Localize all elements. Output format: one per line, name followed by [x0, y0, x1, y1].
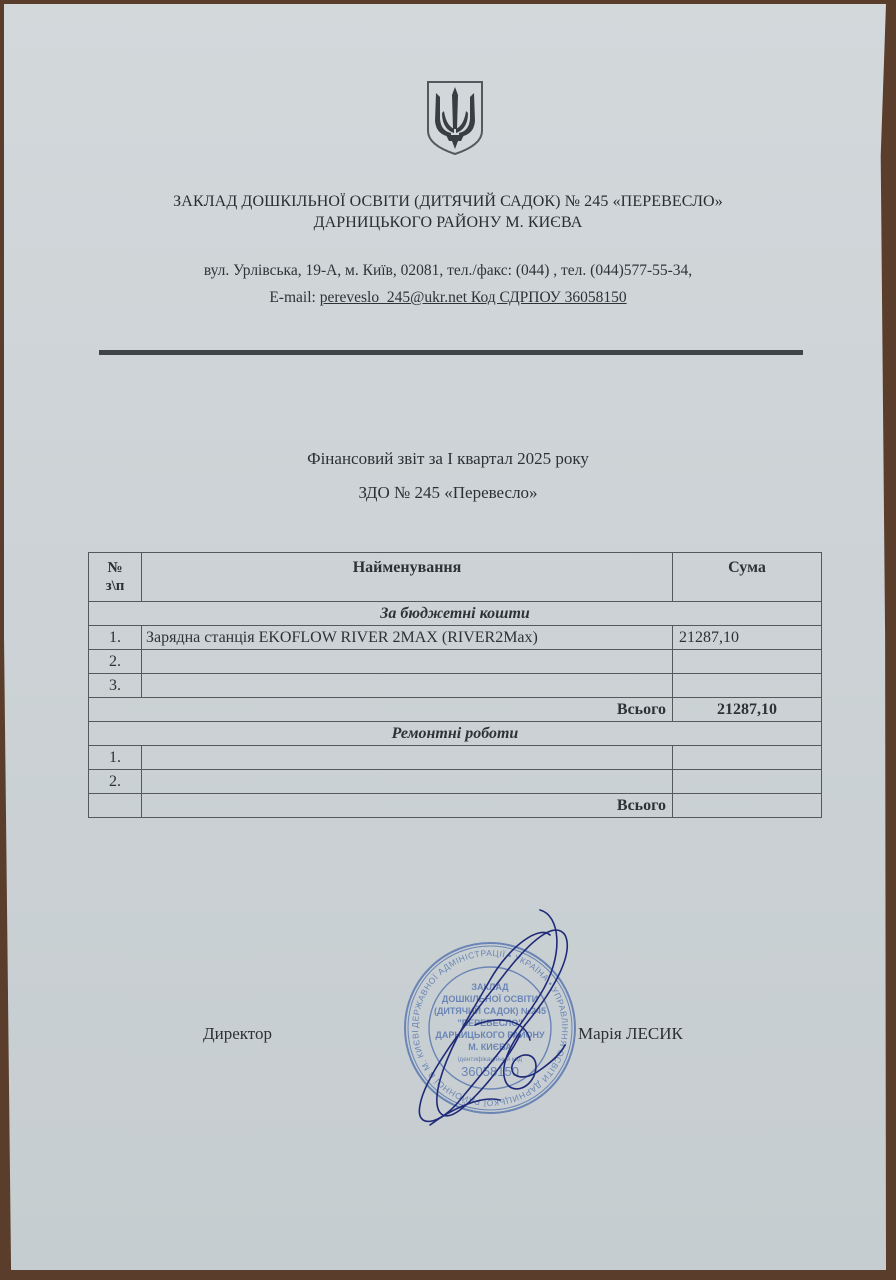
total-label: Всього [142, 794, 673, 818]
row-name [142, 746, 673, 770]
row-name [142, 650, 673, 674]
edrpou-code: Код СДРПОУ 36058150 [467, 289, 627, 306]
coat-of-arms-icon [424, 79, 486, 157]
table-row: 2. [89, 650, 822, 674]
table-row: 1. [89, 746, 822, 770]
header-number-line1: № [107, 560, 122, 576]
email-label: E-mail: [269, 289, 319, 306]
header-number-line2: з\п [106, 578, 125, 594]
row-number: 1. [89, 626, 142, 650]
row-sum [673, 674, 822, 698]
total-row: Всього 21287,10 [89, 698, 822, 722]
contact-line: E-mail: pereveslo_245@ukr.net Код СДРПОУ… [0, 289, 896, 307]
row-number: 3. [89, 674, 142, 698]
email-address[interactable]: pereveslo_245@ukr.net [320, 289, 467, 306]
total-number-cell [89, 794, 142, 818]
total-row: Всього [89, 794, 822, 818]
financial-report-table: № з\п Найменування Сума За бюджетні кошт… [88, 552, 822, 818]
row-sum [673, 770, 822, 794]
header-sum: Сума [673, 553, 822, 602]
table-header-row: № з\п Найменування Сума [89, 553, 822, 602]
row-name: Зарядна станція EKOFLOW RIVER 2MAX (RIVE… [142, 626, 673, 650]
header-number: № з\п [89, 553, 142, 602]
report-title: Фінансовий звіт за І квартал 2025 року [0, 449, 896, 469]
email-link[interactable]: pereveslo_245@ukr.net Код СДРПОУ 3605815… [320, 289, 627, 306]
row-name [142, 770, 673, 794]
row-name [142, 674, 673, 698]
organization-name-line2: ДАРНИЦЬКОГО РАЙОНУ М. КИЄВА [0, 214, 896, 232]
section-row: Ремонтні роботи [89, 722, 822, 746]
section-title: Ремонтні роботи [89, 722, 822, 746]
organization-name-line1: ЗАКЛАД ДОШКІЛЬНОЇ ОСВІТИ (ДИТЯЧИЙ САДОК)… [0, 193, 896, 211]
row-sum: 21287,10 [673, 626, 822, 650]
address-line: вул. Урлівська, 19-А, м. Київ, 02081, те… [0, 262, 896, 280]
handwritten-signature-icon [390, 895, 590, 1155]
signatory-name: Марія ЛЕСИК [578, 1024, 683, 1044]
row-number: 1. [89, 746, 142, 770]
total-label: Всього [89, 698, 673, 722]
table-row: 1. Зарядна станція EKOFLOW RIVER 2MAX (R… [89, 626, 822, 650]
signatory-role: Директор [203, 1024, 272, 1044]
row-number: 2. [89, 650, 142, 674]
row-sum [673, 746, 822, 770]
header-divider [99, 350, 803, 355]
header-name: Найменування [142, 553, 673, 602]
total-value: 21287,10 [673, 698, 822, 722]
row-sum [673, 650, 822, 674]
total-value [673, 794, 822, 818]
section-title: За бюджетні кошти [89, 602, 822, 626]
section-row: За бюджетні кошти [89, 602, 822, 626]
report-subtitle: ЗДО № 245 «Перевесло» [0, 483, 896, 503]
table-row: 2. [89, 770, 822, 794]
row-number: 2. [89, 770, 142, 794]
table-row: 3. [89, 674, 822, 698]
